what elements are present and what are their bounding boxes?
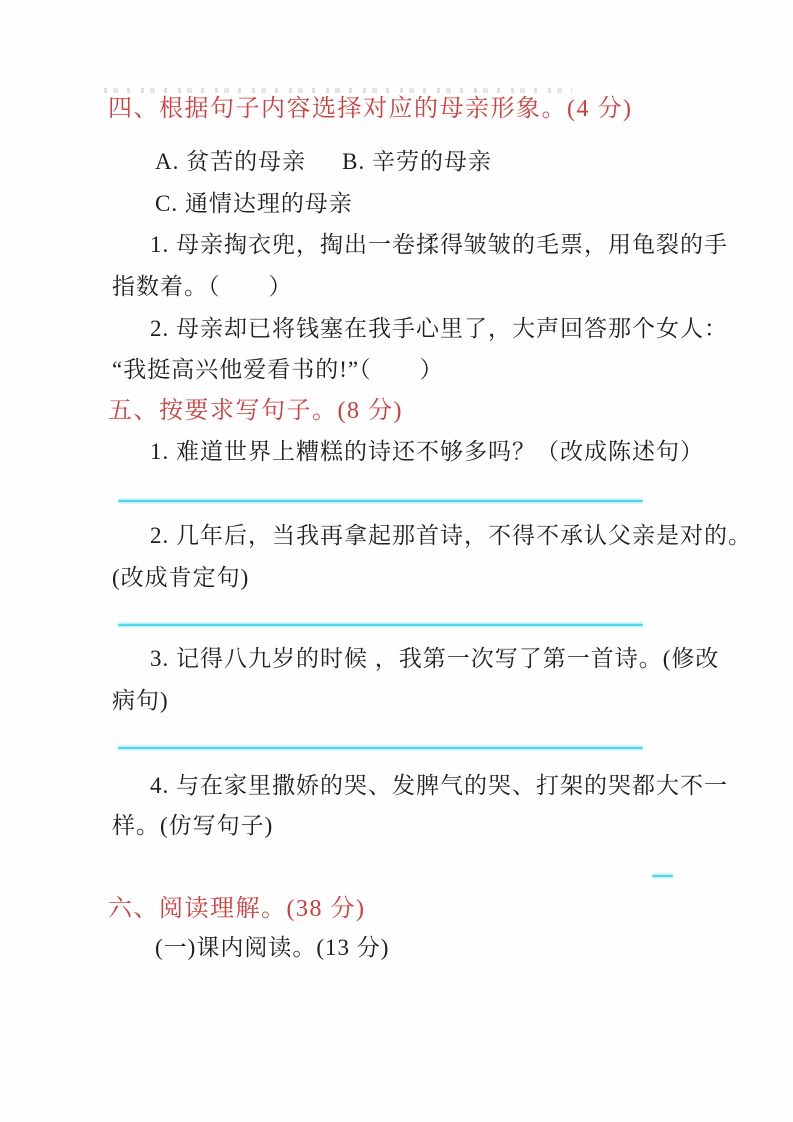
answer-line-1 bbox=[118, 500, 643, 502]
worksheet-page: 四、根据句子内容选择对应的母亲形象。(4 分) A. 贫苦的母亲B. 辛劳的母亲… bbox=[0, 0, 793, 1122]
section-five-item4-line2: 样。(仿写句子) bbox=[112, 811, 273, 841]
answer-line-2 bbox=[118, 624, 643, 626]
answer-line-4-dash bbox=[652, 875, 673, 877]
section-six-heading: 六、阅读理解。(38 分) bbox=[108, 894, 365, 924]
section-five-item3-line2: 病句) bbox=[112, 686, 169, 716]
section-four-options-row: A. 贫苦的母亲B. 辛劳的母亲 bbox=[155, 147, 492, 177]
section-four-item1-line1: 1. 母亲掏衣兜，掏出一卷揉得皱皱的毛票，用龟裂的手 bbox=[150, 230, 728, 260]
section-five-heading: 五、按要求写句子。(8 分) bbox=[108, 396, 403, 426]
section-five-item3-line1: 3. 记得八九岁的时候 ，我第一次写了第一首诗。(修改 bbox=[150, 644, 719, 674]
section-four-item1-line2: 指数着。（ ） bbox=[112, 272, 293, 302]
section-five-item2-line2: (改成肯定句) bbox=[112, 563, 249, 593]
option-b-label: B. 辛劳的母亲 bbox=[342, 149, 492, 174]
option-a-label: A. 贫苦的母亲 bbox=[155, 149, 306, 174]
answer-line-3 bbox=[118, 747, 643, 749]
section-six-subheading: (一)课内阅读。(13 分) bbox=[155, 933, 389, 963]
option-c-label: C. 通情达理的母亲 bbox=[155, 189, 353, 219]
section-four-item2-line2: “我挺高兴他爱看书的!”（ ） bbox=[112, 355, 444, 385]
section-five-item1-line1: 1. 难道世界上糟糕的诗还不够多吗？（改成陈述句） bbox=[150, 437, 704, 467]
section-four-item2-line1: 2. 母亲却已将钱塞在我手心里了，大声回答那个女人： bbox=[150, 314, 728, 344]
section-five-item4-line1: 4. 与在家里撒娇的哭、发脾气的哭、打架的哭都大不一 bbox=[150, 771, 728, 801]
section-four-heading: 四、根据句子内容选择对应的母亲形象。(4 分) bbox=[108, 94, 632, 124]
cutoff-text-remnant bbox=[104, 88, 572, 93]
section-five-item2-line1: 2. 几年后，当我再拿起那首诗，不得不承认父亲是对的。 bbox=[150, 521, 752, 551]
